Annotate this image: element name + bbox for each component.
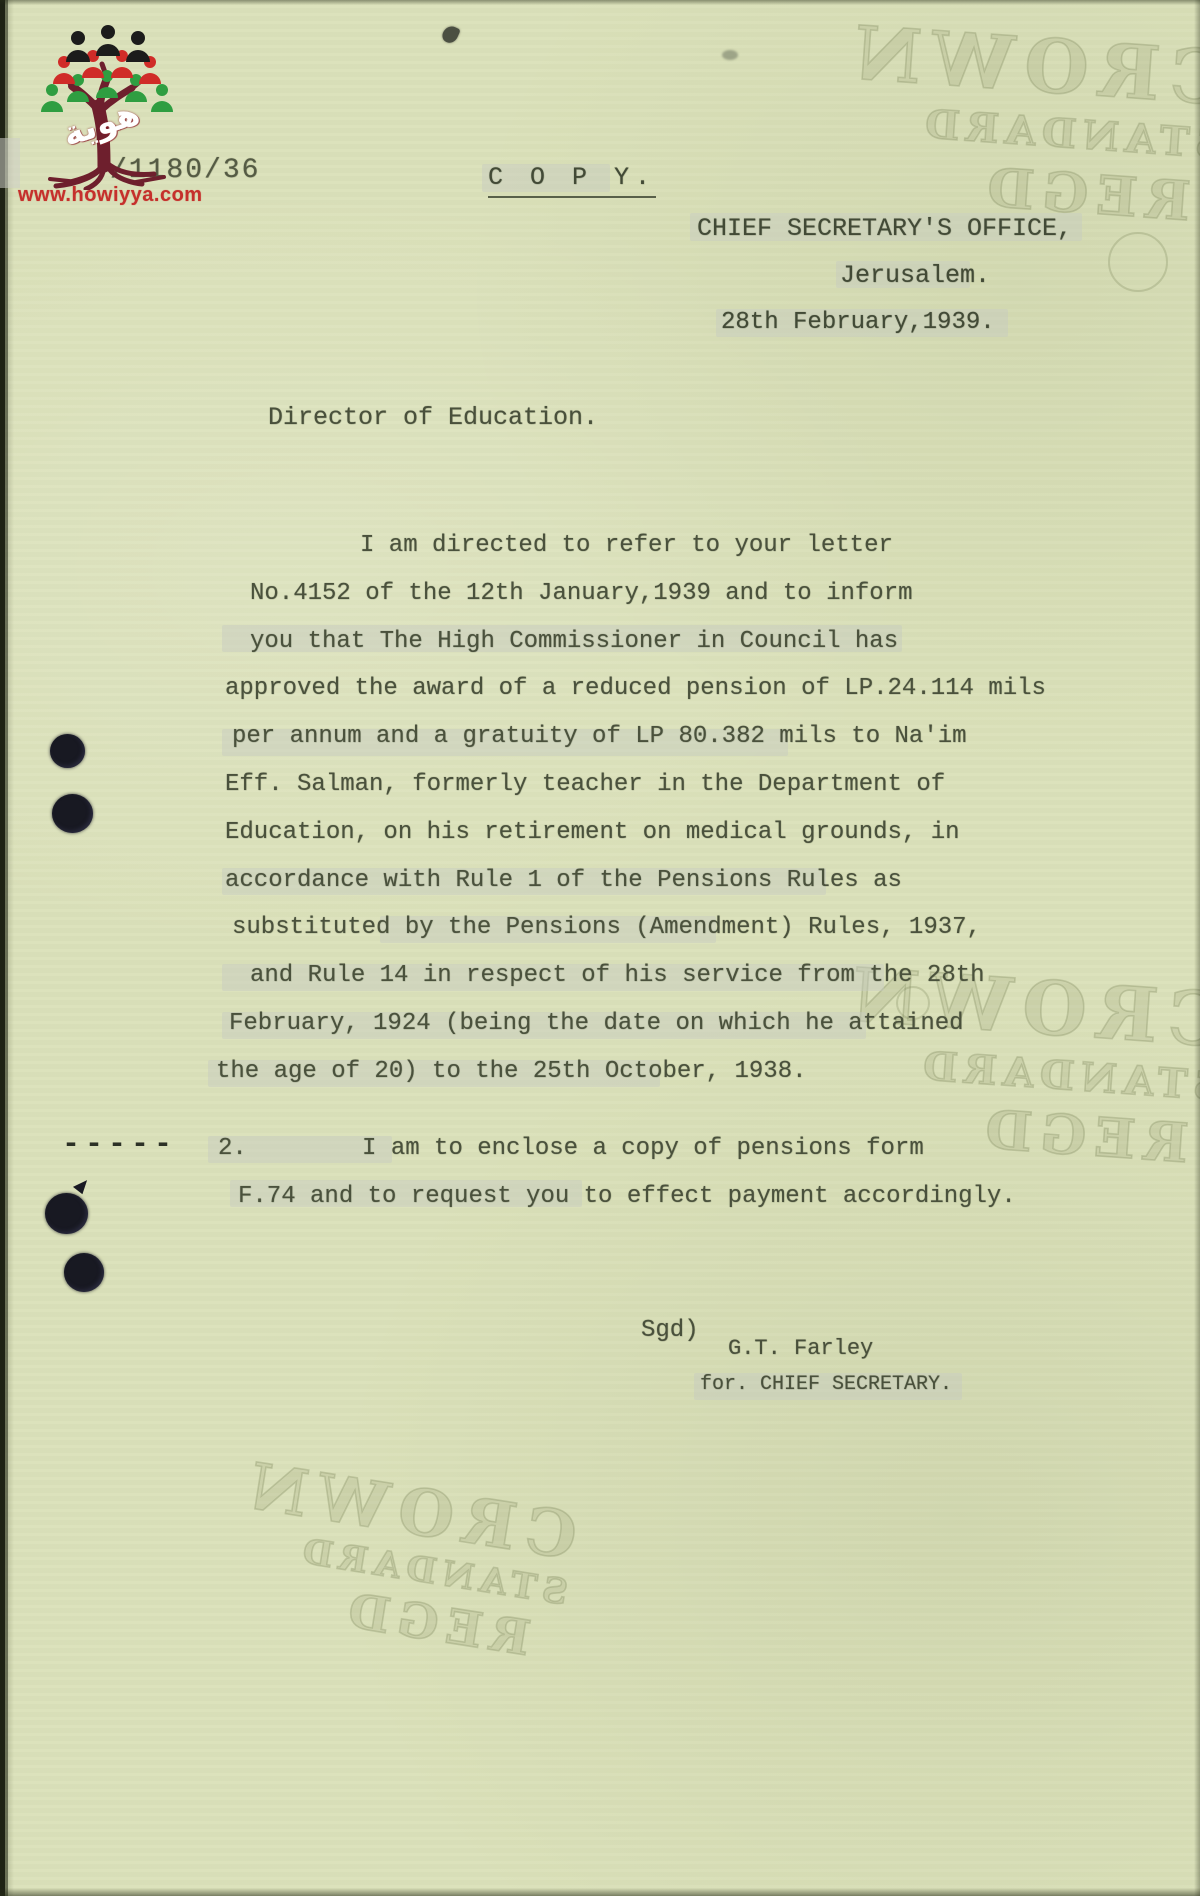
ink-blob-spike — [73, 1176, 91, 1194]
recipient-line: Director of Education. — [268, 404, 598, 432]
body-line: Education, on his retirement on medical … — [225, 809, 1046, 857]
body-line: per annum and a gratuity of LP 80.382 mi… — [232, 713, 1046, 761]
body-line: you that The High Commissioner in Counci… — [250, 618, 1046, 666]
scan-corner-patch — [0, 138, 20, 188]
scan-speck — [440, 24, 461, 46]
scan-edge-left — [0, 0, 14, 1896]
body-line: February, 1924 (being the date on which … — [229, 1000, 1046, 1048]
scan-edge-bottom — [0, 1888, 1200, 1896]
logo-people-black — [66, 25, 150, 62]
date-line: 28th February,1939. — [721, 310, 995, 336]
scan-edge-right — [1194, 0, 1200, 1896]
paper-watermark-bottom: CROWN STANDARD REGD — [229, 1453, 582, 1673]
scanned-letter-page: CROWN STANDARD REGD CROWN STANDARD REGD … — [0, 0, 1200, 1896]
ink-blob — [45, 1193, 88, 1234]
copy-heading: C O P Y. — [488, 164, 656, 198]
hole-punch — [52, 794, 93, 833]
body-line: the age of 20) to the 25th October, 1938… — [216, 1048, 1046, 1096]
body-line: I am directed to refer to your letter — [360, 522, 1046, 570]
office-line: CHIEF SECRETARY'S OFFICE, — [697, 215, 1072, 243]
paragraph-1: I am directed to refer to your letter No… — [225, 522, 1046, 1096]
body-line: 2. I am to enclose a copy of pensions fo… — [218, 1125, 1016, 1173]
body-line: No.4152 of the 12th January,1939 and to … — [250, 570, 1046, 618]
signature-name: G.T. Farley — [728, 1337, 873, 1361]
logo-site-url: www.howiyya.com — [18, 184, 203, 207]
body-line: accordance with Rule 1 of the Pensions R… — [225, 857, 1046, 905]
hole-punch — [64, 1253, 104, 1292]
body-line: and Rule 14 in respect of his service fr… — [250, 952, 1046, 1000]
scan-edge-top — [0, 0, 1200, 5]
signature-sgd: Sgd) — [641, 1318, 699, 1344]
body-line: substituted by the Pensions (Amendment) … — [232, 904, 1046, 952]
hole-punch — [50, 734, 85, 768]
paper-watermark-top-right: CROWN STANDARD REGD — [889, 19, 1200, 236]
body-line: Eff. Salman, formerly teacher in the Dep… — [225, 761, 1046, 809]
watermark-ring — [1108, 232, 1168, 292]
paragraph-2: 2. I am to enclose a copy of pensions fo… — [218, 1125, 1016, 1221]
city-line: Jerusalem. — [840, 262, 990, 290]
body-line: approved the award of a reduced pension … — [225, 665, 1046, 713]
signature-for-line: for. CHIEF SECRETARY. — [700, 1374, 952, 1396]
scan-speck — [722, 50, 738, 60]
margin-dashes: ----- — [62, 1130, 177, 1160]
body-line: F.74 and to request you to effect paymen… — [238, 1173, 1016, 1221]
